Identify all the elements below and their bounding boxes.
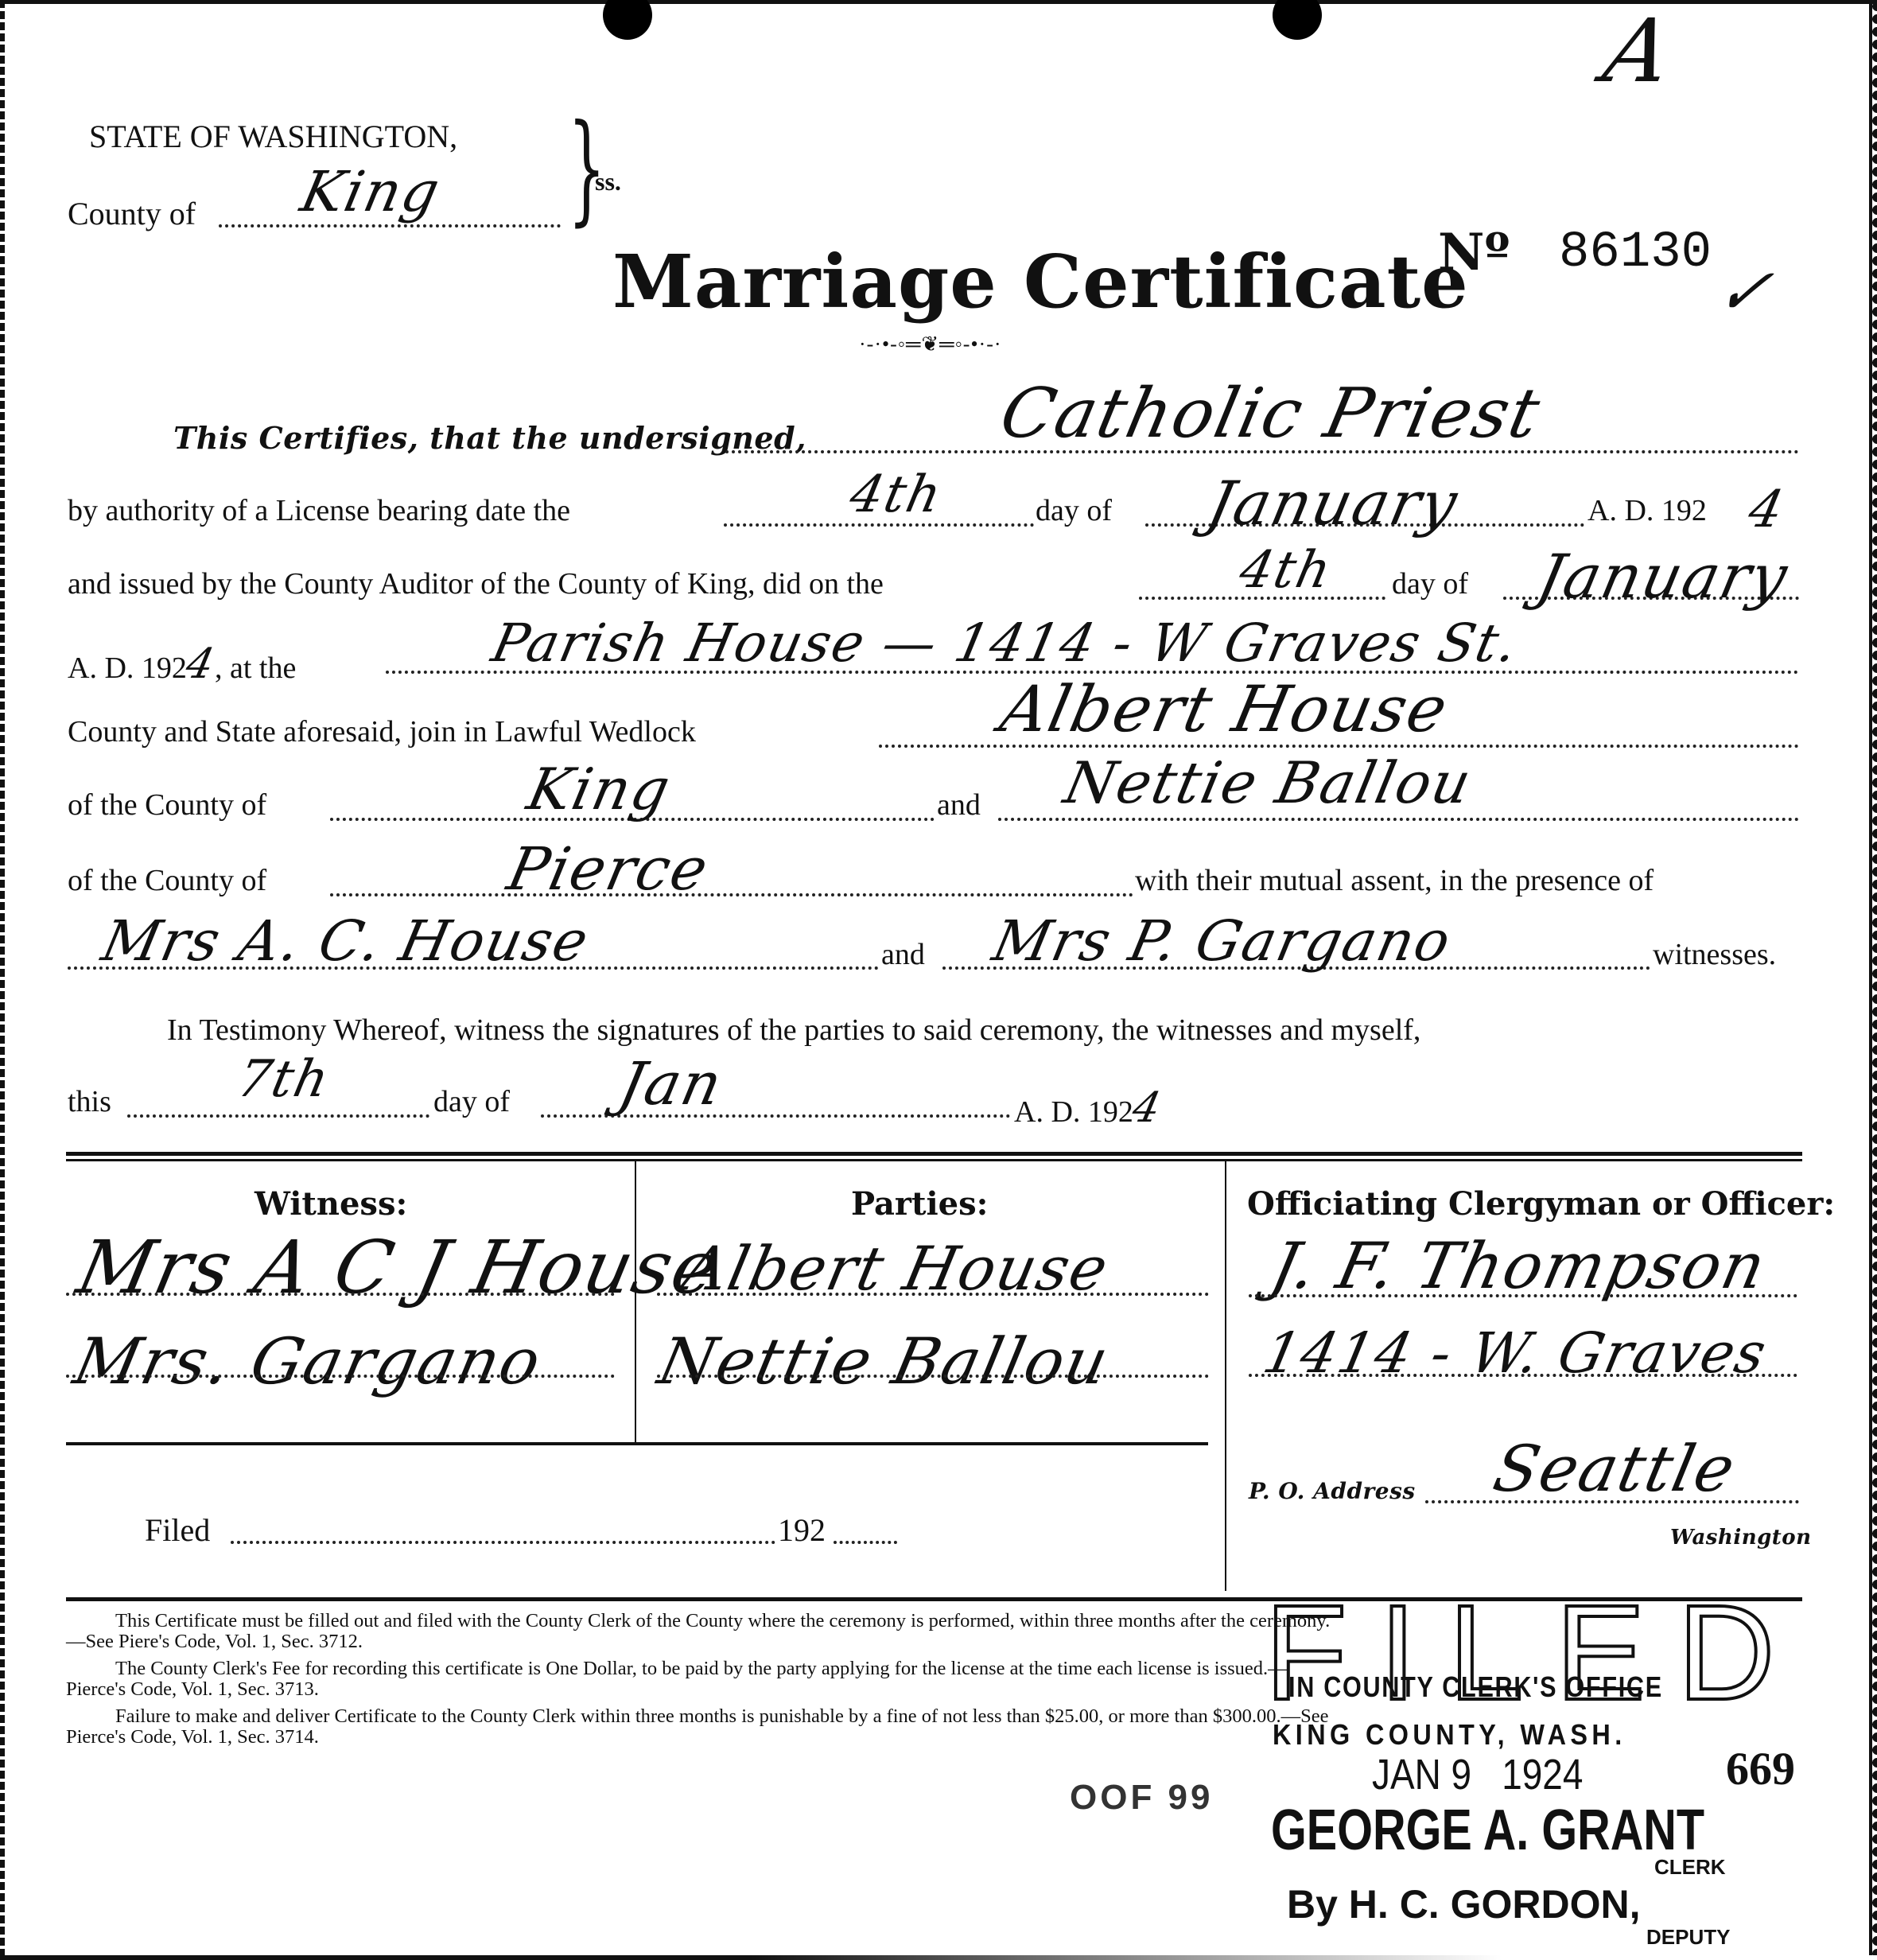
corner-mark: A bbox=[1595, 0, 1682, 102]
witness2-field-value: Mrs P. Gargano bbox=[987, 908, 1457, 974]
po-address-value: Seattle bbox=[1487, 1432, 1743, 1506]
witnesses-and-label: and bbox=[881, 937, 925, 972]
signing-year-digit: 4 bbox=[1129, 1084, 1167, 1132]
deputy-name-stamp: By H. C. GORDON, bbox=[1287, 1881, 1640, 1927]
signing-ad-label: A. D. 192 bbox=[1014, 1095, 1133, 1129]
signing-month-value: Jan bbox=[613, 1050, 729, 1118]
record-number: 669 bbox=[1726, 1742, 1795, 1795]
certificate-number-prefix: Nº bbox=[1438, 223, 1510, 282]
scan-edge-left bbox=[0, 0, 5, 1960]
license-date-label: by authority of a License bearing date t… bbox=[68, 493, 570, 528]
party-signature-2: Nettie Ballou bbox=[652, 1324, 1116, 1398]
party-sig-line-2 bbox=[657, 1375, 1209, 1378]
filed-stamp: FILED bbox=[1265, 1575, 1807, 1731]
groom-field-value: Albert House bbox=[994, 672, 1455, 746]
table-top-rule-inner bbox=[66, 1159, 1802, 1161]
county-field-value: King bbox=[295, 159, 446, 224]
officiant-field-value: Catholic Priest bbox=[993, 374, 1548, 453]
notice-3-line-2: Pierce's Code, Vol. 1, Sec. 3714. bbox=[66, 1726, 319, 1748]
state-heading: STATE OF WASHINGTON, bbox=[89, 118, 457, 155]
and-label: and bbox=[937, 787, 981, 822]
license-ad-label: A. D. 192 bbox=[1587, 493, 1707, 528]
po-address-label: P. O. Address bbox=[1249, 1478, 1416, 1504]
table-divider-2 bbox=[1225, 1161, 1226, 1591]
marriage-certificate: A STATE OF WASHINGTON, County of King } … bbox=[0, 0, 1877, 1960]
filed-label: Filed bbox=[145, 1511, 210, 1549]
groom-county-value: King bbox=[522, 756, 677, 822]
signing-day-value: 7th bbox=[232, 1050, 335, 1109]
this-label: this bbox=[68, 1084, 111, 1119]
witness-signature-2: Mrs. Gargano bbox=[68, 1324, 548, 1398]
testimony-text: In Testimony Whereof, witness the signat… bbox=[167, 1013, 1420, 1047]
filed-date-line bbox=[231, 1541, 775, 1544]
deputy-title-stamp: DEPUTY bbox=[1646, 1925, 1730, 1950]
officer-column-header: Officiating Clergyman or Officer: bbox=[1247, 1185, 1835, 1223]
county-label: County of bbox=[68, 195, 196, 232]
filed-year-line bbox=[834, 1541, 897, 1544]
check-mark: ✓ bbox=[1710, 255, 1781, 329]
witness-column-header: Witness: bbox=[255, 1185, 407, 1223]
bride-field-value: Nettie Ballou bbox=[1059, 749, 1478, 816]
faint-stamp: ООF 99 bbox=[1070, 1778, 1214, 1818]
officer-signature: J. F. Thompson bbox=[1265, 1229, 1773, 1303]
issued-by-label: and issued by the County Auditor of the … bbox=[68, 566, 884, 601]
license-day-value: 4th bbox=[845, 465, 947, 524]
perforated-edge-right bbox=[1869, 0, 1877, 1960]
king-county-stamp: KING COUNTY, WASH. bbox=[1273, 1718, 1626, 1752]
witness1-field-value: Mrs A. C. House bbox=[96, 908, 595, 974]
party-sig-line-1 bbox=[657, 1293, 1209, 1296]
witness-sig-line-1 bbox=[66, 1293, 615, 1296]
state-label: Washington bbox=[1670, 1526, 1812, 1550]
ss-label: ss. bbox=[595, 167, 621, 196]
witness-signature-1: Mrs A C J House bbox=[71, 1225, 727, 1310]
certifies-label: This Certifies, that the undersigned, bbox=[173, 420, 806, 456]
clerk-title-stamp: CLERK bbox=[1654, 1855, 1726, 1880]
filing-date-stamp: JAN 9 1924 bbox=[1372, 1750, 1583, 1799]
ceremony-month-value: January bbox=[1532, 541, 1795, 612]
certificate-title: Marriage Certificate bbox=[612, 239, 1469, 325]
bride-county-label: of the County of bbox=[68, 863, 266, 898]
license-month-value: January bbox=[1202, 468, 1465, 539]
license-day-of-label: day of bbox=[1036, 493, 1112, 528]
witness-sig-line-2 bbox=[66, 1375, 615, 1378]
license-year-digit: 4 bbox=[1743, 480, 1790, 539]
scan-edge-top bbox=[0, 0, 1877, 4]
certificate-number: 86130 bbox=[1559, 224, 1712, 282]
witnesses-label: witnesses. bbox=[1653, 937, 1776, 972]
notice-3-line-1: Failure to make and deliver Certificate … bbox=[115, 1705, 1328, 1728]
clerk-name-stamp: GEORGE A. GRANT bbox=[1271, 1798, 1704, 1863]
ceremony-ad-label: A. D. 192 bbox=[68, 651, 187, 685]
parties-column-header: Parties: bbox=[851, 1185, 988, 1223]
signing-day-line bbox=[127, 1114, 429, 1118]
signing-day-of-label: day of bbox=[433, 1084, 510, 1119]
notice-1-line-1: This Certificate must be filled out and … bbox=[115, 1610, 1330, 1632]
at-the-label: , at the bbox=[215, 651, 296, 685]
groom-county-label: of the County of bbox=[68, 787, 266, 822]
county-clerk-office-stamp: IN COUNTY CLERK'S OFFICE bbox=[1288, 1670, 1663, 1704]
filed-year-label: 192 bbox=[778, 1511, 826, 1549]
bride-county-line bbox=[330, 893, 1133, 896]
officer-address-line bbox=[1249, 1374, 1797, 1377]
mutual-assent-label: with their mutual assent, in the presenc… bbox=[1135, 863, 1654, 898]
county-field-line bbox=[219, 224, 561, 227]
notice-2-line-1: The County Clerk's Fee for recording thi… bbox=[115, 1658, 1288, 1680]
notice-1-line-2: —See Piere's Code, Vol. 1, Sec. 3712. bbox=[66, 1631, 363, 1653]
bride-county-value: Pierce bbox=[502, 835, 715, 904]
bride-field-line bbox=[998, 818, 1799, 821]
ceremony-day-value: 4th bbox=[1234, 541, 1337, 600]
title-ornament: ·-·•-◦═❦═◦-•·-· bbox=[859, 332, 1002, 356]
scan-edge-bottom bbox=[0, 1955, 1877, 1960]
table-bottom-rule bbox=[66, 1442, 1208, 1445]
place-field-value: Parish House — 1414 - W Graves St. bbox=[487, 612, 1524, 674]
notice-2-line-2: Pierce's Code, Vol. 1, Sec. 3713. bbox=[66, 1678, 319, 1701]
ceremony-day-of-label: day of bbox=[1392, 566, 1468, 601]
wedlock-label: County and State aforesaid, join in Lawf… bbox=[68, 715, 696, 749]
signing-month-line bbox=[541, 1114, 1010, 1118]
table-top-rule bbox=[66, 1152, 1802, 1156]
punch-hole-left bbox=[603, 0, 652, 40]
officer-sig-line bbox=[1249, 1294, 1797, 1297]
punch-hole-right bbox=[1273, 0, 1322, 40]
